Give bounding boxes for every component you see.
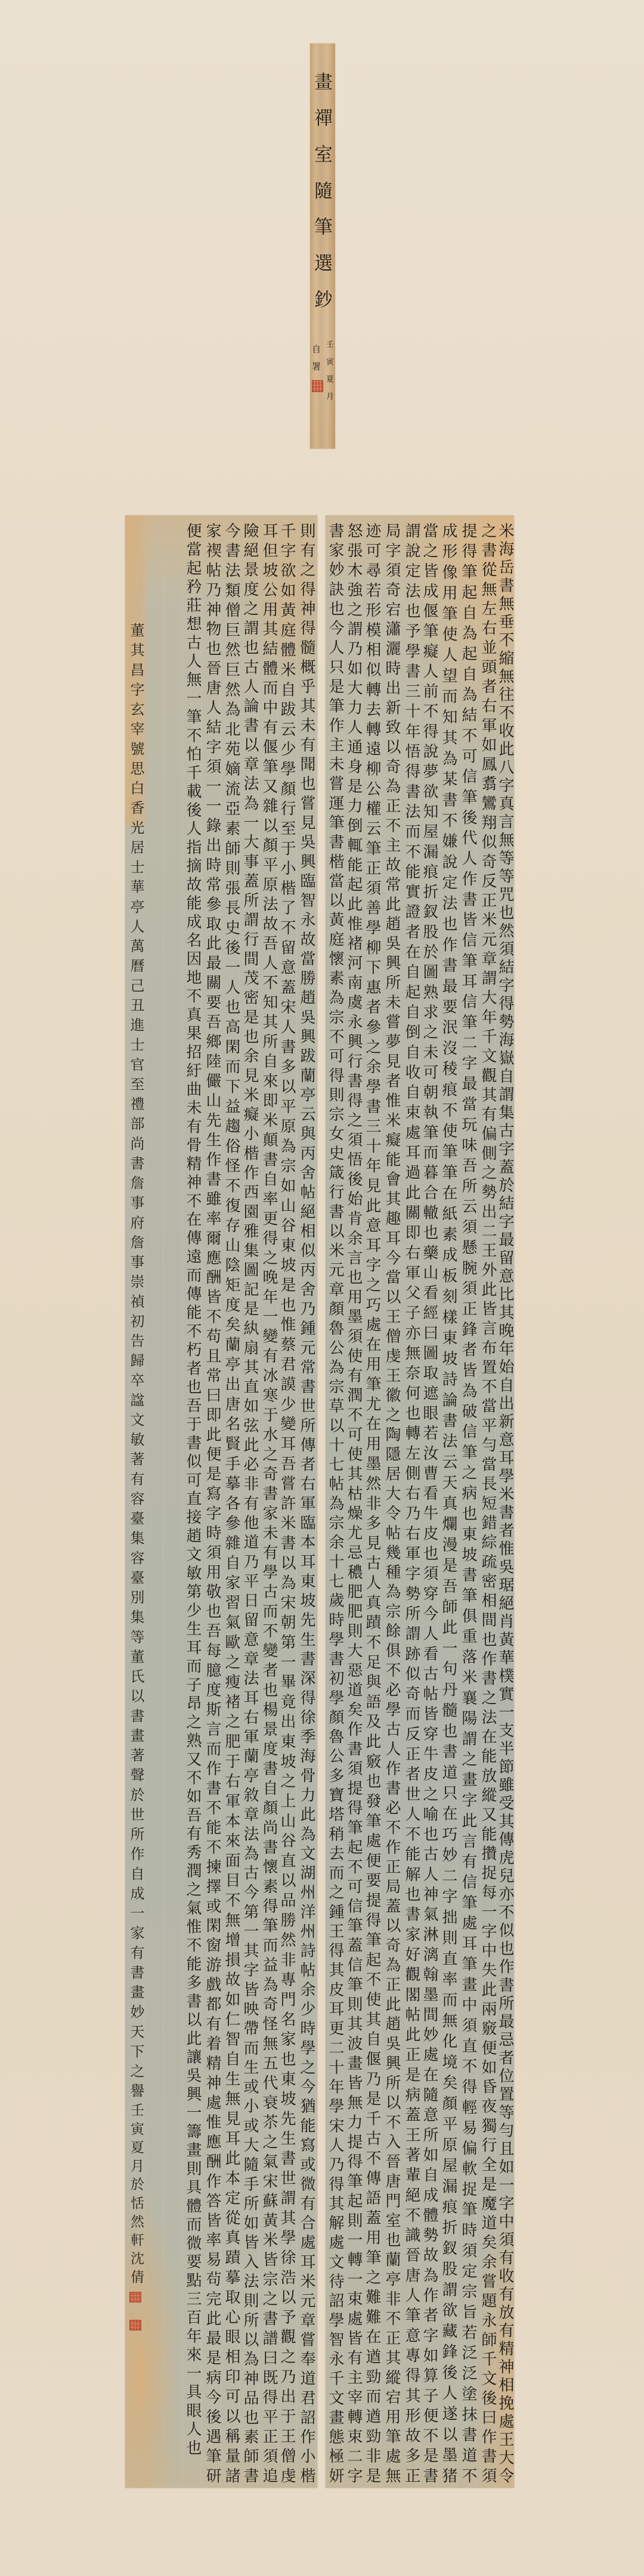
title-inscription-date: 壬寅夏月 — [324, 340, 333, 400]
text-column: 米海岳書無垂不縮無往不收此八字真言無等等咒也然須結字得勢海嶽自謂集古字蓋於結字最… — [496, 523, 514, 2483]
text-column: 之書從無左右並頭者右軍如鳳翥鸞翔似奇反正米元章謂大年千文觀其有偏側之勢出二王外此… — [479, 523, 497, 2483]
text-column: 便當起矜莊想古人無一筆不怕千載後人指摘故能成名因地不真果招紆曲未有骨精神不在傳遠… — [184, 523, 202, 2455]
text-column: 家禊帖乃神物也晉唐人結字須一一錄出時常參取此最關要吾鄉陸儼山先生作書雖率爾應酬皆… — [203, 523, 221, 2483]
text-column: 險絕景度之謂也古人論書以章法為一大事蓋所謂行間茂密是也余見米癡小楷作西園雅集圖記… — [241, 523, 259, 2483]
red-seal-stamp-icon — [129, 2292, 141, 2302]
red-seal-stamp-icon — [312, 380, 323, 392]
text-column: 今書法類僧巨然巨然為北苑嫡流亞素師則張長史後一人也高閑而下益趨俗怪不復存山陰矩度… — [222, 523, 240, 2483]
text-column: 局字須奇宕瀟灑時出新致以奇為正不主故常此趙吳興所未嘗夢見者惟米癡能會其趣耳今當以… — [383, 523, 401, 2483]
text-column: 迹可尋若形模相似轉去轉遠柳公權云筆正須善學柳下惠者參之余學書三十年見此意耳字之巧… — [363, 523, 381, 2483]
red-seal-stamp-icon — [129, 2320, 141, 2330]
text-column: 怒張木強之謂乃如大力人通身是力倒輒能起此惟褚河南虞永興行書得之須悟後始肯余言也用… — [345, 523, 363, 2483]
title-inscription-signature: 自署 — [311, 344, 321, 371]
text-column: 提得筆起自為起自為結不可信筆後代人作書皆信筆耳信筆二字最當玩味吾所云須懸腕須正鋒… — [459, 523, 477, 2483]
text-column: 則有之得神得髓概乎其未有聞也嘗見吳興臨智永故當勝趙吳興跋蘭亭云與丙舍帖絕相似丙舍… — [298, 523, 315, 2483]
text-column: 謂說定法也予學書三十年悟得書法而不能實證者在自起自倒自收自束處耳過此關即右軍父子… — [402, 523, 420, 2483]
text-column: 書家妙訣也今人只是筆作主未嘗運筆書楷當以黃庭懷素為宗不可得則宗女史箴行書以米元章… — [326, 523, 344, 2483]
colophon-signature: 壬寅夏月於恬然軒沈倩 — [128, 2103, 144, 2283]
scroll-artwork: 畫禪室隨筆選鈔 壬寅夏月 自署 米海岳書無垂不縮無往不收此八字真言無等等咒也然須… — [0, 0, 644, 2576]
text-column: 耳但坡公用其結體而中有偃筆又雜以顏平原法故吾人不知其所自來即米顛書自率更得之晚年… — [260, 523, 278, 2483]
text-column: 千字欲如黃庭體米自跋云少學顏行至于小楷了不留意蓋宋人書多以平原為宗如山谷東坡是也… — [278, 523, 296, 2483]
scroll-title: 畫禪室隨筆選鈔 — [311, 72, 332, 308]
colophon-text: 董其昌字玄宰號思白香光居士華亭人萬曆己丑進士官至禮部尚書詹事府詹事崇禎初告歸卒諡… — [128, 623, 144, 2098]
text-column: 成形像用筆使人望而知其為某書不嫌說定法也作書最要泯沒稜痕不使筆筆在紙素成板刻樣東… — [439, 523, 457, 2483]
text-column: 當之皆成偃筆癡人前不得說夢欲知屋漏痕折釵股於圖熟求之未可朝執筆而暮合轍也藥山看經… — [420, 523, 438, 2483]
